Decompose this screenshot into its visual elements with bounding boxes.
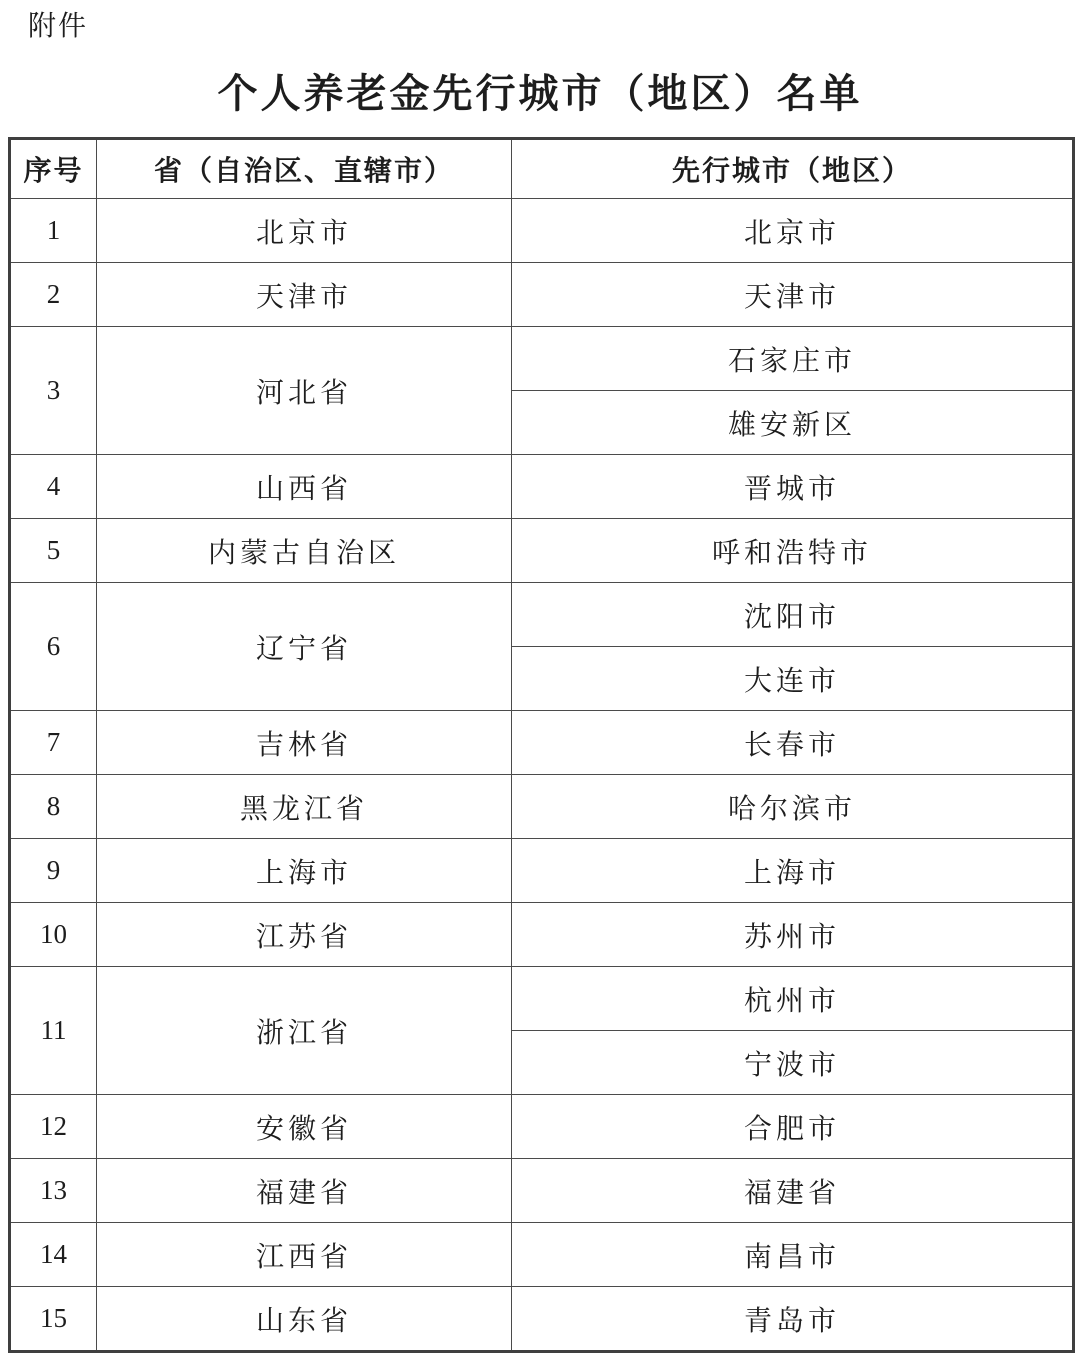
province-cell: 山东省 — [97, 1287, 512, 1352]
province-cell: 福建省 — [97, 1159, 512, 1223]
row-number-cell: 7 — [10, 711, 97, 775]
table-row: 12安徽省合肥市 — [10, 1095, 1074, 1159]
row-number-cell: 15 — [10, 1287, 97, 1352]
row-number-cell: 3 — [10, 327, 97, 455]
header-cell-city: 先行城市（地区） — [512, 139, 1074, 199]
city-cell: 哈尔滨市 — [512, 775, 1074, 839]
province-cell: 江西省 — [97, 1223, 512, 1287]
table-row: 4山西省晋城市 — [10, 455, 1074, 519]
city-cell: 雄安新区 — [512, 391, 1074, 455]
city-cell: 沈阳市 — [512, 583, 1074, 647]
table-row: 8黑龙江省哈尔滨市 — [10, 775, 1074, 839]
row-number-cell: 1 — [10, 199, 97, 263]
city-cell: 宁波市 — [512, 1031, 1074, 1095]
table-row: 15山东省青岛市 — [10, 1287, 1074, 1352]
header-row: 序号 省（自治区、直辖市） 先行城市（地区） — [10, 139, 1074, 199]
province-cell: 浙江省 — [97, 967, 512, 1095]
row-number-cell: 11 — [10, 967, 97, 1095]
province-cell: 北京市 — [97, 199, 512, 263]
city-cell: 苏州市 — [512, 903, 1074, 967]
city-cell: 北京市 — [512, 199, 1074, 263]
row-number-cell: 4 — [10, 455, 97, 519]
row-number-cell: 6 — [10, 583, 97, 711]
row-number-cell: 12 — [10, 1095, 97, 1159]
row-number-cell: 8 — [10, 775, 97, 839]
table-body: 1北京市北京市2天津市天津市3河北省石家庄市雄安新区4山西省晋城市5内蒙古自治区… — [10, 199, 1074, 1352]
city-cell: 合肥市 — [512, 1095, 1074, 1159]
city-cell: 青岛市 — [512, 1287, 1074, 1352]
city-cell: 石家庄市 — [512, 327, 1074, 391]
city-cell: 长春市 — [512, 711, 1074, 775]
city-cell: 南昌市 — [512, 1223, 1074, 1287]
row-number-cell: 14 — [10, 1223, 97, 1287]
row-number-cell: 2 — [10, 263, 97, 327]
row-number-cell: 10 — [10, 903, 97, 967]
row-number-cell: 9 — [10, 839, 97, 903]
header-cell-province: 省（自治区、直辖市） — [97, 139, 512, 199]
row-number-cell: 13 — [10, 1159, 97, 1223]
province-cell: 山西省 — [97, 455, 512, 519]
city-cell: 福建省 — [512, 1159, 1074, 1223]
city-cell: 大连市 — [512, 647, 1074, 711]
table-row: 1北京市北京市 — [10, 199, 1074, 263]
table-row: 13福建省福建省 — [10, 1159, 1074, 1223]
row-number-cell: 5 — [10, 519, 97, 583]
table-row: 14江西省南昌市 — [10, 1223, 1074, 1287]
city-cell: 呼和浩特市 — [512, 519, 1074, 583]
attachment-label: 附件 — [28, 4, 88, 44]
province-cell: 黑龙江省 — [97, 775, 512, 839]
table-row: 6辽宁省沈阳市 — [10, 583, 1074, 647]
province-cell: 内蒙古自治区 — [97, 519, 512, 583]
table-row: 2天津市天津市 — [10, 263, 1074, 327]
province-cell: 河北省 — [97, 327, 512, 455]
city-cell: 上海市 — [512, 839, 1074, 903]
city-cell: 晋城市 — [512, 455, 1074, 519]
table-row: 11浙江省杭州市 — [10, 967, 1074, 1031]
province-cell: 天津市 — [97, 263, 512, 327]
table-header: 序号 省（自治区、直辖市） 先行城市（地区） — [10, 139, 1074, 199]
pilot-cities-table: 序号 省（自治区、直辖市） 先行城市（地区） 1北京市北京市2天津市天津市3河北… — [8, 137, 1075, 1353]
table-row: 3河北省石家庄市 — [10, 327, 1074, 391]
province-cell: 吉林省 — [97, 711, 512, 775]
province-cell: 江苏省 — [97, 903, 512, 967]
province-cell: 安徽省 — [97, 1095, 512, 1159]
province-cell: 上海市 — [97, 839, 512, 903]
header-cell-number: 序号 — [10, 139, 97, 199]
table-row: 7吉林省长春市 — [10, 711, 1074, 775]
page-title: 个人养老金先行城市（地区）名单 — [0, 62, 1080, 119]
table-row: 10江苏省苏州市 — [10, 903, 1074, 967]
table-row: 5内蒙古自治区呼和浩特市 — [10, 519, 1074, 583]
city-cell: 杭州市 — [512, 967, 1074, 1031]
province-cell: 辽宁省 — [97, 583, 512, 711]
city-cell: 天津市 — [512, 263, 1074, 327]
table-row: 9上海市上海市 — [10, 839, 1074, 903]
